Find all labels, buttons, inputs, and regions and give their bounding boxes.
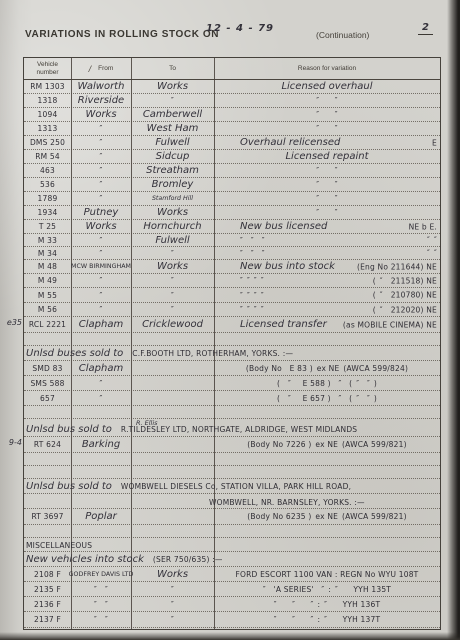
vehicle-number-cell: 657	[24, 391, 71, 405]
inserted-note: R. Ellis	[136, 419, 158, 427]
entry-text: 1789	[38, 194, 58, 203]
vehicle-number-cell: 536	[24, 178, 71, 191]
header-text: Vehicle	[37, 61, 58, 69]
to-cell: Cricklewood	[131, 317, 214, 332]
entry-text: Works	[85, 109, 116, 120]
to-cell	[131, 437, 214, 452]
reason-cell: ″ ″ ″″ ″	[214, 234, 440, 246]
entry-text: 463	[40, 166, 55, 175]
entry-text: Works	[157, 207, 188, 218]
vehicle-number-cell: DMS 250	[24, 136, 71, 149]
vehicle-number-cell: M 56	[24, 303, 71, 316]
entry-text: ″ ″ ″ : ″ YYH 137T	[274, 615, 381, 624]
from-cell: GODFREY DAVIS LTD	[71, 567, 131, 581]
reason-annotation: ( ″ 210780) NE	[373, 291, 437, 300]
table-row: 2136 F″ ″″″ ″ ″ : ″ YYH 136T	[24, 597, 440, 612]
to-cell: ″	[131, 274, 214, 287]
table-row: M 55″″″ ″ ″ ″( ″ 210780) NE	[24, 288, 440, 303]
section-text: WOMBWELL, NR. BARNSLEY, YORKS. :—	[24, 498, 365, 508]
entry-text: RT 624	[34, 440, 61, 449]
entry-text: 536	[40, 180, 55, 189]
vehicle-number-cell: T 25	[24, 220, 71, 233]
entry-text: Clapham	[79, 363, 123, 374]
to-cell: Fulwell	[131, 136, 214, 149]
table-row: 2108 FGODFREY DAVIS LTDWorksFORD ESCORT …	[24, 567, 440, 582]
vehicle-number-cell: 2135 F	[24, 582, 71, 596]
section-text-script: New vehicles into stock	[26, 554, 144, 565]
entry-text: ( ″ E 657 ) ″ ( ″ ″ )	[277, 394, 377, 403]
rolling-stock-table: Vehicle number / From To Reason for vari…	[23, 57, 441, 630]
blank-row	[24, 525, 440, 538]
section-text-print: WOMBWELL, NR. BARNSLEY, YORKS. :—	[209, 498, 365, 507]
ditto-mark: ″	[171, 249, 174, 258]
header-text: To	[169, 65, 176, 72]
entry-text: MCW BIRMINGHAM	[71, 263, 131, 270]
header-text: Reason for variation	[298, 65, 356, 72]
section-row: Unlsd bus sold toR.TILDESLEY LTD, NORTHG…	[24, 419, 440, 437]
margin-note: e35	[1, 318, 22, 327]
entry-text: Stamford Hill	[152, 195, 193, 202]
ditto-mark: ″ ″	[316, 124, 337, 133]
entry-text: Sidcup	[156, 151, 190, 162]
from-cell: ″	[71, 376, 131, 390]
to-cell: ″	[131, 94, 214, 107]
to-cell	[131, 376, 214, 390]
ditto-mark: ″	[99, 124, 102, 133]
from-cell: Clapham	[71, 317, 131, 332]
to-cell: Stamford Hill	[131, 192, 214, 205]
from-cell: ″	[71, 274, 131, 287]
ditto-mark: ″	[99, 305, 102, 314]
ditto-mark: ″ ″ ″ ″	[240, 305, 264, 314]
entry-text: Barking	[82, 439, 120, 450]
entry-text: Poplar	[85, 511, 117, 522]
from-cell: ″	[71, 234, 131, 246]
from-cell: ″	[71, 150, 131, 163]
entry-text: DMS 250	[30, 138, 65, 147]
reason-cell: ″ 'A SERIES' ″ : ″ YYH 135T	[214, 582, 440, 596]
to-cell: Sidcup	[131, 150, 214, 163]
table-row: 536″Bromley″ ″	[24, 178, 440, 192]
to-cell: West Ham	[131, 122, 214, 135]
scan-edge-right	[447, 0, 460, 640]
stray-tick-mark: /	[89, 64, 92, 74]
table-row: M 48MCW BIRMINGHAMWorksNew bus into stoc…	[24, 260, 440, 274]
section-text: Unlsd buses sold toC.F.BOOTH LTD, ROTHER…	[24, 348, 293, 360]
vehicle-number-cell: 1318	[24, 94, 71, 107]
table-row: M 33″Fulwell″ ″ ″″ ″	[24, 234, 440, 247]
entry-text: Works	[85, 221, 116, 232]
from-cell: ″	[71, 136, 131, 149]
ditto-mark: ″	[99, 138, 102, 147]
table-row: RM 1303WalworthWorksLicensed overhaul	[24, 80, 440, 94]
to-cell: ″	[131, 303, 214, 316]
vehicle-number-cell: RCL 2221	[24, 317, 71, 332]
entry-text: 2108 F	[34, 570, 61, 579]
section-text-print: MISCELLANEOUS	[26, 541, 92, 550]
vehicle-number-cell: M 34	[24, 247, 71, 259]
reason-cell: Licensed repaint	[214, 150, 440, 163]
entry-text: (Body No 6235 ) ex NE (AWCA 599/821)	[247, 512, 406, 521]
vehicle-number-cell: 1313	[24, 122, 71, 135]
ditto-mark: ″ ″ ″ ″	[240, 291, 264, 300]
entry-text: Walworth	[78, 81, 125, 92]
entry-text: GODFREY DAVIS LTD	[69, 571, 134, 578]
reason-annotation: NE b E.	[409, 222, 437, 231]
reason-cell: ( ″ E 657 ) ″ ( ″ ″ )	[214, 391, 440, 405]
table-row: SMS 588″( ″ E 588 ) ″ ( ″ ″ )	[24, 376, 440, 391]
section-row: MISCELLANEOUS	[24, 538, 440, 552]
reason-cell: Overhaul relicensedE	[214, 136, 440, 149]
table-row: DMS 250″FulwellOverhaul relicensedE	[24, 136, 440, 150]
to-cell: Works	[131, 206, 214, 219]
entry-text: SMD 83	[32, 364, 62, 373]
vehicle-number-cell: M 48	[24, 260, 71, 273]
entry-text: T 25	[39, 222, 56, 231]
table-row: 1789″Stamford Hill″ ″	[24, 192, 440, 206]
entry-text: 2135 F	[34, 585, 61, 594]
ditto-mark: ″ ″	[94, 600, 108, 609]
reason-cell: ″ ″	[214, 206, 440, 219]
entry-text: 2137 F	[34, 615, 61, 624]
to-cell: Works	[131, 567, 214, 581]
table-row: 2135 F″ ″″″ 'A SERIES' ″ : ″ YYH 135T	[24, 582, 440, 597]
section-text: MISCELLANEOUS	[24, 541, 92, 551]
ditto-mark: ″	[171, 96, 174, 105]
entry-text: (Body No 7226 ) ex NE (AWCA 599/821)	[247, 440, 406, 449]
ditto-mark: ″ ″	[316, 180, 337, 189]
from-cell: ″	[71, 192, 131, 205]
scanned-page: VARIATIONS IN ROLLING STOCK ON 12 - 4 - …	[0, 0, 460, 640]
ditto-mark: ″ ″ ″ ″	[240, 276, 264, 285]
page-title: VARIATIONS IN ROLLING STOCK ON	[25, 29, 219, 40]
section-row: Unlsd buses sold toC.F.BOOTH LTD, ROTHER…	[24, 346, 440, 361]
vehicle-number-cell: RM 1303	[24, 80, 71, 93]
blank-row	[24, 333, 440, 346]
reason-annotation: (Eng No 211644) NE	[357, 262, 437, 271]
ditto-mark: ″ ″	[316, 96, 337, 105]
to-cell: Hornchurch	[131, 220, 214, 233]
entry-text: Licensed repaint	[285, 151, 368, 162]
entry-text: M 33	[38, 236, 57, 245]
reason-cell: ″ ″	[214, 192, 440, 205]
entry-text: New bus into stock	[240, 261, 335, 272]
ditto-mark: ″	[99, 276, 102, 285]
table-row: M 56″″″ ″ ″ ″( ″ 212020) NE	[24, 303, 440, 317]
header-reason: Reason for variation	[214, 58, 440, 79]
entry-text: Works	[157, 81, 188, 92]
table-row: RM 54″SidcupLicensed repaint	[24, 150, 440, 164]
reason-cell: ″ ″	[214, 94, 440, 107]
ditto-mark: ″	[171, 585, 174, 594]
table-row: T 25WorksHornchurchNew bus licensedNE b …	[24, 220, 440, 234]
reason-cell: FORD ESCORT 1100 VAN : REGN No WYU 108T	[214, 567, 440, 581]
to-cell: ″	[131, 612, 214, 627]
to-cell: Works	[131, 80, 214, 93]
entry-text: 2136 F	[34, 600, 61, 609]
from-cell: Barking	[71, 437, 131, 452]
date-field: 12 - 4 - 79	[206, 23, 274, 34]
from-cell: ″	[71, 288, 131, 302]
from-cell: ″	[71, 164, 131, 177]
ditto-mark: ″	[171, 305, 174, 314]
to-cell: Fulwell	[131, 234, 214, 246]
reason-cell: New bus licensedNE b E.	[214, 220, 440, 233]
vehicle-number-cell: RT 624	[24, 437, 71, 452]
ditto-mark: ″ ″	[94, 585, 108, 594]
vehicle-number-cell: RT 3697	[24, 509, 71, 524]
reason-cell: ″ ″	[214, 122, 440, 135]
entry-text: RM 1303	[30, 82, 65, 91]
entry-text: 1094	[38, 110, 58, 119]
entry-text: 1934	[38, 208, 58, 217]
from-cell: ″	[71, 122, 131, 135]
blank-row	[24, 466, 440, 479]
table-row: 1934PutneyWorks″ ″	[24, 206, 440, 220]
from-cell: Walworth	[71, 80, 131, 93]
section-text: Unlsd bus sold toR.TILDESLEY LTD, NORTHG…	[24, 424, 357, 436]
section-text: Unlsd bus sold toWOMBWELL DIESELS Co, ST…	[24, 481, 351, 493]
table-row: 1094WorksCamberwell″ ″	[24, 108, 440, 122]
reason-cell: Licensed transfer(as MOBILE CINEMA) NE	[214, 317, 440, 332]
table-row: 657″( ″ E 657 ) ″ ( ″ ″ )	[24, 391, 440, 406]
table-row: 2137 F″ ″″″ ″ ″ : ″ YYH 137T	[24, 612, 440, 628]
table-row: e35RCL 2221ClaphamCricklewoodLicensed tr…	[24, 317, 440, 333]
from-cell: ″ ″	[71, 612, 131, 627]
section-text-script: Unlsd buses sold to	[26, 348, 123, 359]
margin-note: 9-4	[1, 438, 22, 447]
header-text: number	[36, 69, 58, 77]
vehicle-number-cell: 463	[24, 164, 71, 177]
table-row: 1313″West Ham″ ″	[24, 122, 440, 136]
to-cell: ″	[131, 582, 214, 596]
ditto-mark: ″ ″	[316, 166, 337, 175]
from-cell: Riverside	[71, 94, 131, 107]
table-header-row: Vehicle number / From To Reason for vari…	[24, 58, 440, 80]
entry-text: ( ″ E 588 ) ″ ( ″ ″ )	[277, 379, 377, 388]
blank-row	[24, 406, 440, 419]
from-cell: ″	[71, 391, 131, 405]
reason-cell: (Body No E 83 ) ex NE (AWCA 599/824)	[214, 361, 440, 375]
reason-cell: ″ ″	[214, 164, 440, 177]
table-row: M 49″″″ ″ ″ ″( ″ 211518) NE	[24, 274, 440, 288]
ditto-mark: ″	[99, 166, 102, 175]
entry-text: RCL 2221	[29, 320, 66, 329]
ditto-mark: ″	[99, 152, 102, 161]
entry-text: Licensed overhaul	[281, 81, 372, 92]
ditto-mark: ″ ″	[316, 110, 337, 119]
reason-cell: ″ ″ ″ : ″ YYH 137T	[214, 612, 440, 627]
vehicle-number-cell: SMS 588	[24, 376, 71, 390]
reason-annotation: ( ″ 211518) NE	[373, 276, 437, 285]
to-cell: Bromley	[131, 178, 214, 191]
table-row: RT 3697Poplar(Body No 6235 ) ex NE (AWCA…	[24, 509, 440, 525]
vehicle-number-cell: M 49	[24, 274, 71, 287]
table-row: 463″Streatham″ ″	[24, 164, 440, 178]
header-text: From	[98, 65, 113, 72]
section-text: New vehicles into stock(SER 750/635) :—	[24, 554, 223, 566]
entry-text: Riverside	[78, 95, 124, 106]
header-vehicle-number: Vehicle number	[24, 58, 71, 79]
scan-edge-bottom	[0, 632, 460, 640]
reason-annotation: ( ″ 212020) NE	[373, 305, 437, 314]
to-cell	[131, 391, 214, 405]
section-row: New vehicles into stock(SER 750/635) :—	[24, 552, 440, 567]
ditto-mark: ″	[99, 180, 102, 189]
entry-text: Clapham	[79, 319, 123, 330]
entry-text: Bromley	[152, 179, 194, 190]
ditto-mark: ″	[171, 276, 174, 285]
from-cell: Works	[71, 108, 131, 121]
entry-text: Overhaul relicensed	[240, 137, 340, 148]
reason-cell: ″ ″ ″ ″( ″ 211518) NE	[214, 274, 440, 287]
vehicle-number-cell: M 33	[24, 234, 71, 246]
entry-text: (Body No E 83 ) ex NE (AWCA 599/824)	[246, 364, 408, 373]
entry-text: Streatham	[146, 165, 199, 176]
entry-text: Licensed transfer	[240, 319, 327, 330]
vehicle-number-cell: 1094	[24, 108, 71, 121]
reason-cell: ″ ″	[214, 178, 440, 191]
to-cell: Works	[131, 260, 214, 273]
vehicle-number-cell: 1934	[24, 206, 71, 219]
section-text-script: Unlsd bus sold to	[26, 481, 112, 492]
entry-text: M 49	[38, 276, 57, 285]
reason-annotation: ″ ″	[427, 249, 437, 258]
ditto-mark: ″	[99, 194, 102, 203]
entry-text: 657	[40, 394, 55, 403]
entry-text: M 48	[38, 262, 57, 271]
from-cell: ″ ″	[71, 582, 131, 596]
from-cell: Clapham	[71, 361, 131, 375]
entry-text: West Ham	[147, 123, 199, 134]
from-cell: ″ ″	[71, 597, 131, 611]
reason-annotation: (as MOBILE CINEMA) NE	[343, 320, 437, 329]
entry-text: RM 54	[35, 152, 60, 161]
stock-table-body: RM 1303WalworthWorksLicensed overhaul131…	[24, 80, 440, 628]
vehicle-number-cell: RM 54	[24, 150, 71, 163]
reason-annotation: ″ ″	[427, 236, 437, 245]
entry-text: RT 3697	[31, 512, 63, 521]
section-row: Unlsd bus sold toWOMBWELL DIESELS Co, ST…	[24, 479, 440, 494]
ditto-mark: ″	[99, 236, 102, 245]
entry-text: M 55	[38, 291, 57, 300]
from-cell: ″	[71, 303, 131, 316]
section-text-print: WOMBWELL DIESELS Co, STATION VILLA, PARK…	[121, 482, 351, 491]
entry-text: Putney	[84, 207, 119, 218]
to-cell: ″	[131, 597, 214, 611]
blank-row	[24, 453, 440, 466]
continuation-label: (Continuation)	[316, 30, 369, 40]
to-cell: ″	[131, 247, 214, 259]
to-cell: Camberwell	[131, 108, 214, 121]
ditto-mark: ″	[99, 249, 102, 258]
ditto-mark: ″ ″ ″	[240, 249, 265, 258]
entry-text: Fulwell	[155, 235, 189, 246]
reason-cell: ″ ″ ″ ″( ″ 212020) NE	[214, 303, 440, 316]
entry-text: Works	[157, 261, 188, 272]
reason-cell: ″ ″	[214, 108, 440, 121]
to-cell	[131, 361, 214, 375]
section-text-script: Unlsd bus sold to	[26, 424, 112, 435]
vehicle-number-cell: SMD 83	[24, 361, 71, 375]
vehicle-number-cell: 1789	[24, 192, 71, 205]
vehicle-number-cell: 2137 F	[24, 612, 71, 627]
ditto-mark: ″ ″ ″	[240, 236, 265, 245]
reason-cell: ″ ″ ″ ″( ″ 210780) NE	[214, 288, 440, 302]
ditto-mark: ″ ″	[316, 194, 337, 203]
ditto-mark: ″	[171, 291, 174, 300]
entry-text: New bus licensed	[240, 221, 327, 232]
header-to: To	[131, 58, 214, 79]
entry-text: Works	[157, 569, 188, 580]
table-row: SMD 83Clapham(Body No E 83 ) ex NE (AWCA…	[24, 361, 440, 376]
entry-text: 1318	[38, 96, 58, 105]
ditto-mark: ″	[99, 379, 102, 388]
entry-text: Fulwell	[155, 137, 189, 148]
reason-cell: ″ ″ ″ : ″ YYH 136T	[214, 597, 440, 611]
table-row: 1318Riverside″″ ″	[24, 94, 440, 108]
reason-cell: Licensed overhaul	[214, 80, 440, 93]
entry-text: ″ ″ ″ : ″ YYH 136T	[274, 600, 381, 609]
section-text-print: (SER 750/635) :—	[153, 555, 223, 564]
from-cell: MCW BIRMINGHAM	[71, 260, 131, 273]
entry-text: Camberwell	[143, 109, 202, 120]
reason-cell: (Body No 6235 ) ex NE (AWCA 599/821)	[214, 509, 440, 524]
from-cell: Poplar	[71, 509, 131, 524]
entry-text: ″ 'A SERIES' ″ : ″ YYH 135T	[263, 585, 391, 594]
ditto-mark: ″ ″	[316, 208, 337, 217]
entry-text: FORD ESCORT 1100 VAN : REGN No WYU 108T	[236, 570, 419, 579]
reason-cell: (Body No 7226 ) ex NE (AWCA 599/821)	[214, 437, 440, 452]
reason-cell: New bus into stock(Eng No 211644) NE	[214, 260, 440, 273]
entry-text: SMS 588	[30, 379, 64, 388]
entry-text: M 34	[38, 249, 57, 258]
reason-annotation: E	[432, 138, 437, 147]
header-from: / From	[71, 58, 131, 79]
from-cell: Putney	[71, 206, 131, 219]
section-text-print: C.F.BOOTH LTD, ROTHERHAM, YORKS. :—	[132, 349, 293, 358]
ditto-mark: ″	[171, 600, 174, 609]
from-cell: Works	[71, 220, 131, 233]
vehicle-number-cell: 2108 F	[24, 567, 71, 581]
page-number: 2	[418, 22, 433, 35]
table-row: M 34″″″ ″ ″″ ″	[24, 247, 440, 260]
to-cell: ″	[131, 288, 214, 302]
reason-cell: ( ″ E 588 ) ″ ( ″ ″ )	[214, 376, 440, 390]
entry-text: Cricklewood	[142, 319, 203, 330]
to-cell: Streatham	[131, 164, 214, 177]
from-cell: ″	[71, 247, 131, 259]
vehicle-number-cell: 2136 F	[24, 597, 71, 611]
section-row: WOMBWELL, NR. BARNSLEY, YORKS. :—	[24, 494, 440, 509]
from-cell: ″	[71, 178, 131, 191]
reason-cell: ″ ″ ″″ ″	[214, 247, 440, 259]
ditto-mark: ″	[171, 615, 174, 624]
entry-text: Hornchurch	[143, 221, 201, 232]
entry-text: M 56	[38, 305, 57, 314]
ditto-mark: ″	[99, 291, 102, 300]
ditto-mark: ″	[99, 394, 102, 403]
ditto-mark: ″ ″	[94, 615, 108, 624]
vehicle-number-cell: M 55	[24, 288, 71, 302]
entry-text: 1313	[38, 124, 58, 133]
table-row: 9-4RT 624Barking(Body No 7226 ) ex NE (A…	[24, 437, 440, 453]
to-cell	[131, 509, 214, 524]
